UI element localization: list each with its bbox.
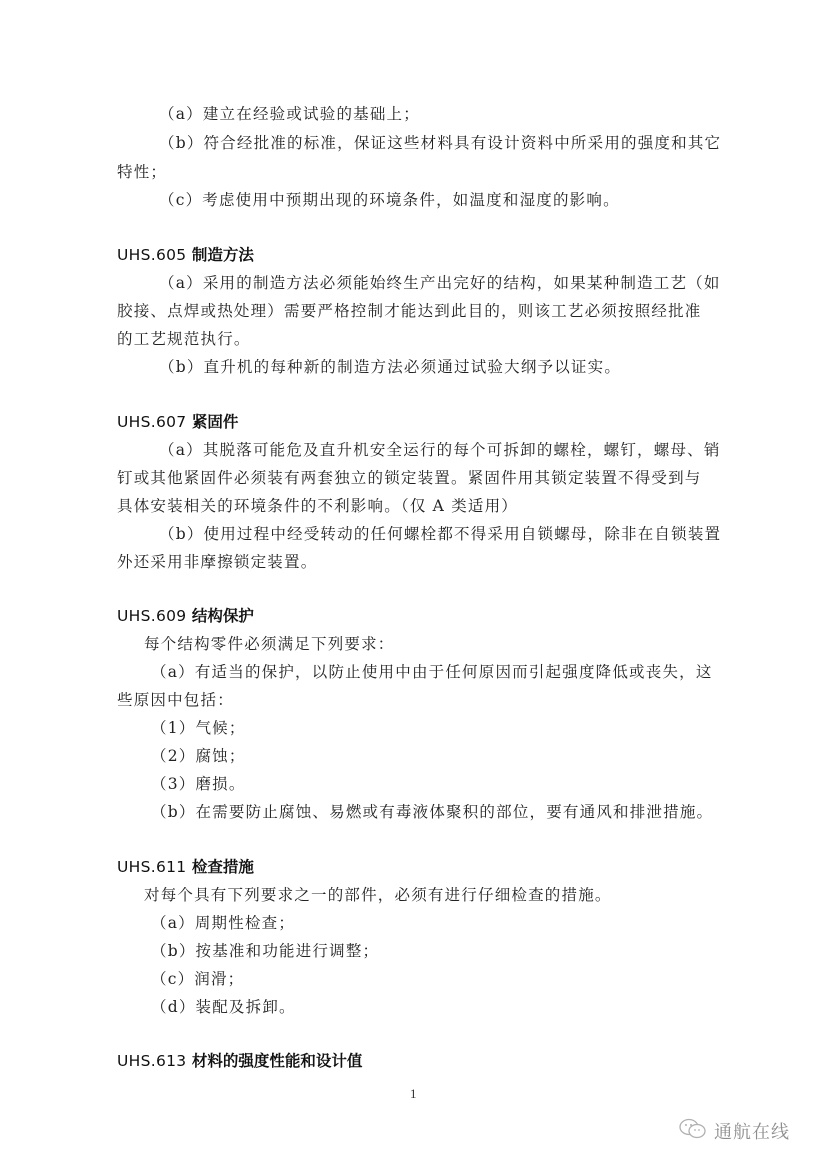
section-code: UHS.613 [117, 1052, 186, 1070]
wechat-icon [678, 1117, 708, 1145]
paragraph-line: 些原因中包括： [117, 690, 234, 710]
paragraph-line: （d）装配及拆卸。 [151, 997, 296, 1017]
section-heading: UHS.605 制造方法 [117, 245, 254, 265]
paragraph-line: （3）磨损。 [151, 774, 246, 794]
paragraph-line: （b）符合经批准的标准，保证这些材料具有设计资料中所采用的强度和其它 [159, 133, 721, 153]
section-code: UHS.605 [117, 246, 186, 264]
section-code: UHS.611 [117, 858, 186, 876]
paragraph-line: （a）其脱落可能危及直升机安全运行的每个可拆卸的螺栓，螺钉，螺母、销 [159, 440, 721, 460]
section-title: 制造方法 [192, 246, 254, 264]
section-heading: UHS.613 材料的强度性能和设计值 [117, 1051, 362, 1071]
paragraph-line: （a）采用的制造方法必须能始终生产出完好的结构，如果某种制造工艺（如 [159, 273, 721, 293]
document-page: （a）建立在经验或试验的基础上；（b）符合经批准的标准，保证这些材料具有设计资料… [0, 0, 826, 1169]
section-title: 检查措施 [192, 858, 254, 876]
section-title: 紧固件 [192, 413, 239, 431]
section-title: 结构保护 [192, 607, 254, 625]
paragraph-line: （a）周期性检查； [151, 913, 295, 933]
watermark: 通航在线 [678, 1117, 790, 1145]
paragraph-line: 对每个具有下列要求之一的部件，必须有进行仔细检查的措施。 [144, 885, 612, 905]
paragraph-line: （2）腐蚀； [151, 746, 246, 766]
paragraph-line: 外还采用非摩擦锁定装置。 [117, 552, 317, 572]
paragraph-line: （a）建立在经验或试验的基础上； [159, 104, 420, 124]
section-heading: UHS.611 检查措施 [117, 857, 254, 877]
section-code: UHS.609 [117, 607, 186, 625]
paragraph-line: （c）润滑； [151, 969, 244, 989]
paragraph-line: （b）直升机的每种新的制造方法必须通过试验大纲予以证实。 [159, 357, 621, 377]
section-title: 材料的强度性能和设计值 [192, 1052, 363, 1070]
paragraph-line: （c）考虑使用中预期出现的环境条件，如温度和湿度的影响。 [159, 190, 620, 210]
paragraph-line: （a）有适当的保护，以防止使用中由于任何原因而引起强度降低或丧失，这 [151, 662, 713, 682]
paragraph-line: （b）按基准和功能进行调整； [151, 941, 379, 961]
paragraph-line: （b）使用过程中经受转动的任何螺栓都不得采用自锁螺母，除非在自锁装置 [159, 524, 721, 544]
paragraph-line: 的工艺规范执行。 [117, 329, 251, 349]
section-heading: UHS.607 紧固件 [117, 412, 238, 432]
watermark-text: 通航在线 [714, 1118, 790, 1144]
paragraph-line: 特性； [117, 162, 167, 182]
section-code: UHS.607 [117, 413, 186, 431]
paragraph-line: 具体安装相关的环境条件的不利影响。（仅 A 类适用） [117, 496, 518, 516]
page-number: 1 [410, 1086, 417, 1102]
paragraph-line: 钉或其他紧固件必须装有两套独立的锁定装置。紧固件用其锁定装置不得受到与 [117, 468, 702, 488]
paragraph-line: （1）气候； [151, 718, 246, 738]
section-heading: UHS.609 结构保护 [117, 606, 254, 626]
paragraph-line: 胶接、点焊或热处理）需要严格控制才能达到此目的，则该工艺必须按照经批准 [117, 301, 702, 321]
paragraph-line: （b）在需要防止腐蚀、易燃或有毒液体聚积的部位，要有通风和排泄措施。 [151, 802, 713, 822]
paragraph-line: 每个结构零件必须满足下列要求： [144, 634, 395, 654]
